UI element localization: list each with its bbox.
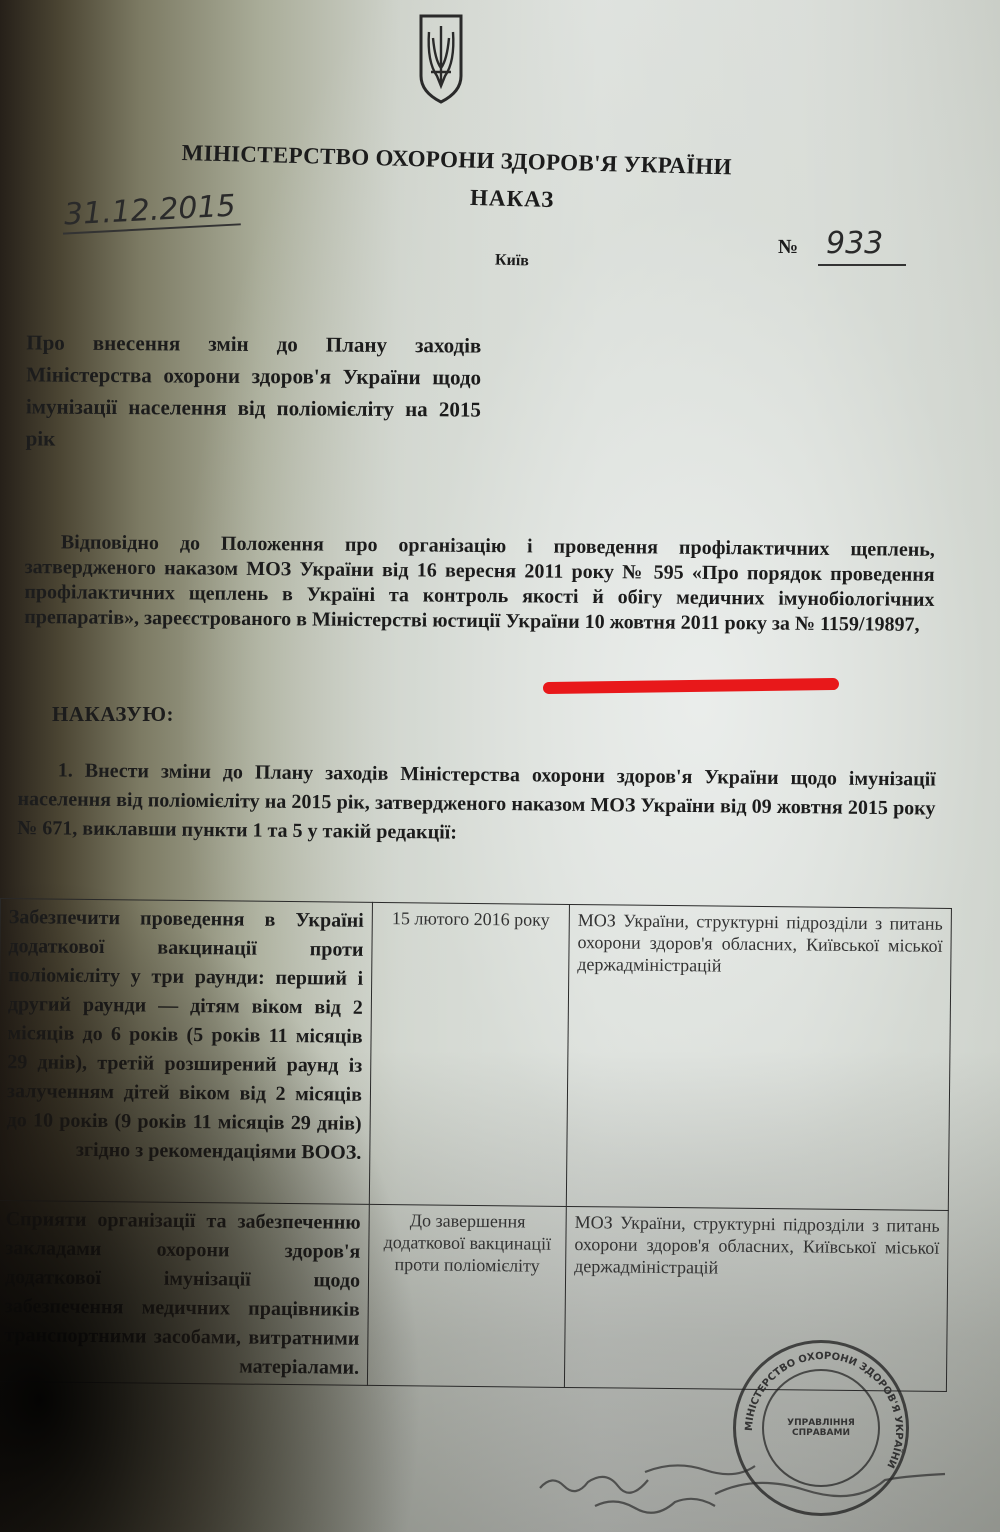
order-heading: НАКАЗУЮ: xyxy=(52,702,174,727)
deadline-cell: До завершення додаткової вакцинації прот… xyxy=(367,1204,566,1387)
responsible-cell: МОЗ України, структурні підрозділи з пит… xyxy=(566,904,951,1210)
handwritten-number: 933 xyxy=(818,224,906,266)
city: Київ xyxy=(495,252,529,271)
stamp-text-2: СПРАВАМИ xyxy=(792,1428,850,1438)
red-highlight-mark xyxy=(543,678,839,694)
table-row: Забезпечити проведення в Україні додатко… xyxy=(0,899,951,1211)
number-label: № xyxy=(778,236,798,259)
measure-cell: Забезпечити проведення в Україні додатко… xyxy=(0,899,372,1205)
order-item-1: 1. Внести зміни до Плану заходів Міністе… xyxy=(17,756,936,853)
deadline-cell: 15 лютого 2016 року xyxy=(369,902,569,1206)
measure-cell: Сприяти організації та забезпеченню закл… xyxy=(0,1200,369,1385)
trident-coat-of-arms-icon xyxy=(417,12,465,104)
preamble-paragraph: Відповідно до Положення про організацію … xyxy=(24,530,935,638)
ministry-header: МІНІСТЕРСТВО ОХОРОНИ ЗДОРОВ'Я УКРАЇНИ xyxy=(181,140,841,183)
document-type: НАКАЗ xyxy=(470,185,555,213)
handwritten-date: 31.12.2015 xyxy=(61,189,240,234)
order-subject: Про внесення змін до Плану заходів Мініс… xyxy=(26,326,482,457)
stamp-text-1: УПРАВЛІННЯ xyxy=(787,1418,855,1428)
handwritten-signature xyxy=(535,1450,975,1520)
plan-table: Забезпечити проведення в Україні додатко… xyxy=(0,898,952,1392)
